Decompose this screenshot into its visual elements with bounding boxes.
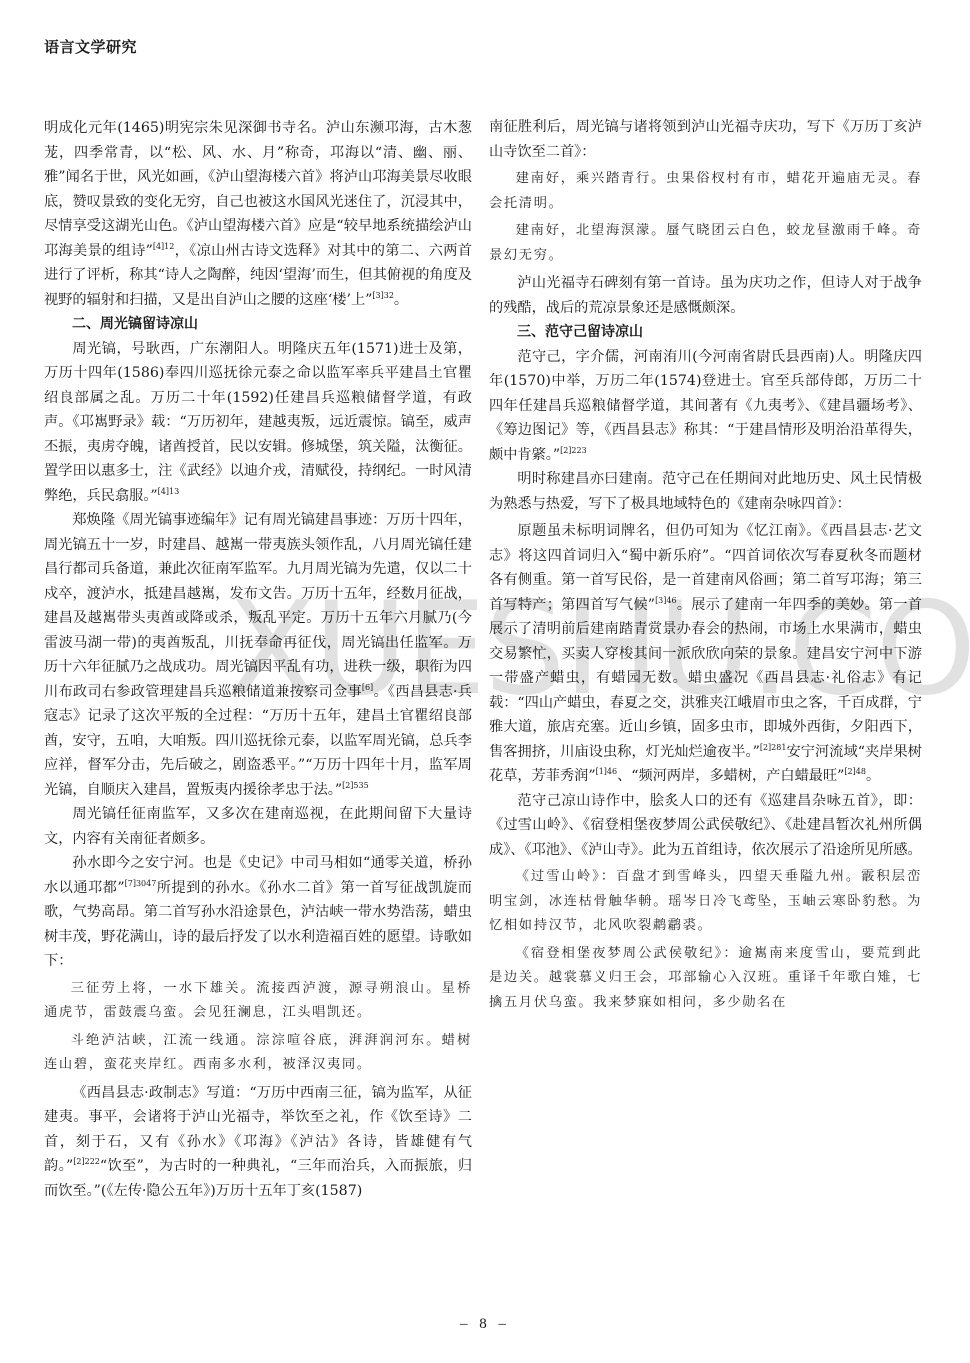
paragraph: 泸山光福寺石碑刻有第一首诗。虽为庆功之作，但诗人对于战争的残酷，战后的荒凉景象还… [489, 271, 922, 320]
paragraph: 明时称建昌亦曰建南。范守己在任期间对此地历史、风土民情极为熟悉与热爱，写下了极具… [489, 467, 922, 516]
paragraph: 周光镐任征南监军，又多次在建南巡视，在此期间留下大量诗文，内容有关南征者颇多。 [44, 802, 472, 851]
paragraph: 郑焕隆《周光镐事迹编年》记有周光镐建昌事迹：万历十四年，周光镐五十一岁，时建昌、… [44, 508, 472, 802]
poem-stanza: 《宿登相堡夜梦周公武侯敬纪》：逾嶲南来度雪山，要荒到此是边关。越裳慕义归王会，邛… [489, 942, 922, 1016]
poem-stanza: 《过雪山岭》：百盘才到雪峰头，四望天垂隘九州。霰积层峦明宝剑，冰连枯骨触华輈。瑶… [489, 865, 922, 939]
paragraph: 原题虽未标明词牌名，但仍可知为《忆江南》。《西昌县志·艺文志》将这四首词归入“蜀… [489, 519, 922, 789]
page-number: – 8 – [0, 1316, 970, 1333]
poem-stanza: 建南好，北望海溟濛。蜃气晓团云白色，蛟龙昼激雨千峰。奇景幻无穷。 [489, 219, 922, 268]
paragraph: 周光镐，号耿西，广东潮阳人。明隆庆五年(1571)进士及第，万历十四年(1586… [44, 337, 472, 509]
section-heading-3: 三、范守己留诗凉山 [489, 320, 922, 345]
citation: [2]222 [73, 1157, 100, 1166]
paragraph: 《西昌县志·政制志》写道：“万历中西南三征，镐为监军，从征建夷。事平，会诸将于泸… [44, 1081, 472, 1204]
citation: [2]281 [760, 743, 787, 752]
citation: [3]32 [372, 291, 394, 300]
citation: [4]13 [158, 487, 180, 496]
paragraph: 范守己，字介儒，河南洧川(今河南省尉氏县西南)人。明隆庆四年(1570)中举，万… [489, 345, 922, 468]
section-heading-2: 二、周光镐留诗凉山 [44, 312, 472, 337]
paragraph: 明成化元年(1465)明宪宗朱见深御书寺名。泸山东濒邛海，古木葱茏，四季常青，以… [44, 116, 472, 312]
left-column: 明成化元年(1465)明宪宗朱见深御书寺名。泸山东濒邛海，古木葱茏，四季常青，以… [44, 116, 472, 1203]
paragraph: 范守己凉山诗作中，脍炙人口的还有《巡建昌杂咏五首》，即：《过雪山岭》、《宿登相堡… [489, 789, 922, 863]
citation: [7]3047 [125, 879, 157, 888]
citation: [2]535 [342, 781, 369, 790]
paragraph: 南征胜利后，周光镐与诸将领到泸山光福寺庆功，写下《万历丁亥泸山寺饮至二首》： [489, 115, 922, 164]
paragraph: 孙水即今之安宁河。也是《史记》中司马相如“通零关道，桥孙水以通邛都”[7]304… [44, 851, 472, 974]
citation: [4]12 [153, 242, 175, 251]
running-head: 语言文学研究 [44, 36, 137, 57]
right-column: 南征胜利后，周光镐与诸将领到泸山光福寺庆功，写下《万历丁亥泸山寺饮至二首》： 建… [489, 115, 922, 1018]
citation: [2]223 [560, 446, 587, 455]
citation: [3]46 [655, 596, 677, 605]
citation: [6] [362, 683, 373, 692]
poem-stanza: 斗绝泸沽峡，江流一线通。淙淙喧谷底，湃湃润河东。蜡树连山碧，蛮花夹岸红。西南多水… [44, 1029, 472, 1078]
poem-stanza: 建南好，乘兴踏青行。虫果俗杈村有市，蜡花开遍庙无灵。春会托清明。 [489, 167, 922, 216]
poem-stanza: 三征劳上将，一水下雄关。流接西泸渡，源寻朔浪山。星桥通虎节，雷鼓震乌蛮。会见狂澜… [44, 977, 472, 1026]
citation: [1]46 [596, 767, 618, 776]
citation: [2]48 [844, 767, 866, 776]
